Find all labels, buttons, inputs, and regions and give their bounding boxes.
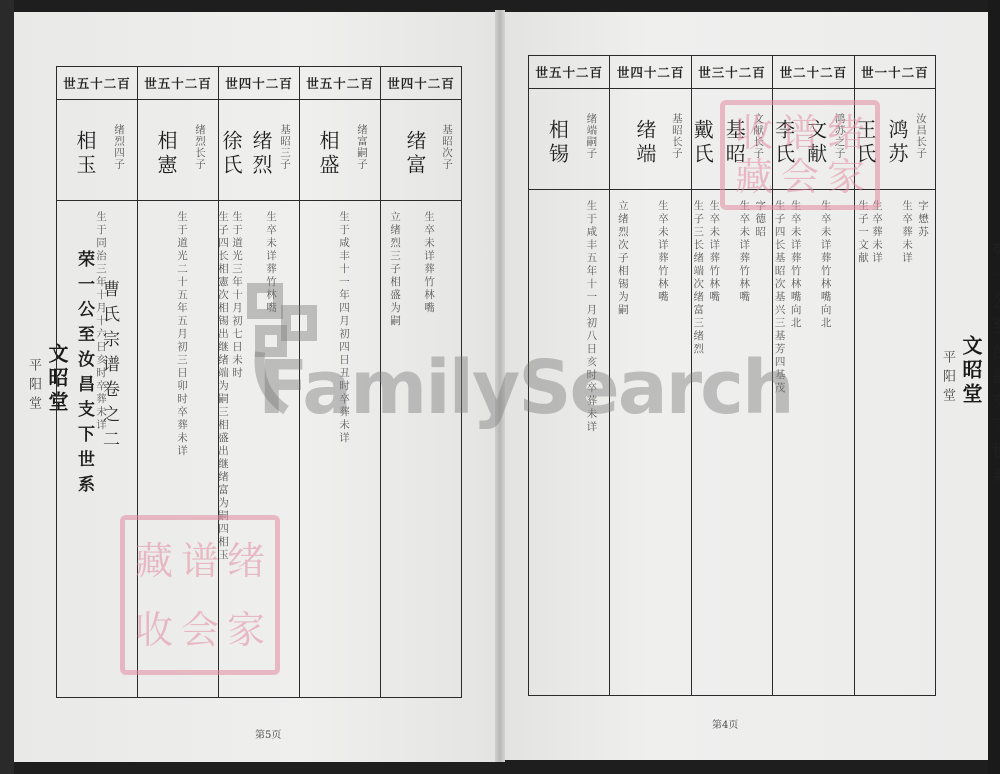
biography-note: 生于同治三年十月十六日亥时卒葬未详 xyxy=(94,211,107,432)
burial-note: 生卒未详葬竹林嘴 xyxy=(656,200,669,304)
spouse-name: 徐氏 xyxy=(219,130,243,178)
biography-note: 生于咸丰五年十一月初八日亥时卒葬未详 xyxy=(584,200,597,434)
person-column: 百二十二世 鸿苏之子 文献 李氏 生卒未详葬竹林嘴向北 生卒未详葬竹林嘴向北 生… xyxy=(772,56,853,695)
relation-label: 基昭次子 xyxy=(441,124,453,170)
relation-label: 基昭三子 xyxy=(279,124,291,170)
relation-label: 绪富嗣子 xyxy=(356,124,368,170)
spouse-name: 戴氏 xyxy=(690,119,714,167)
courtesy-name-note: 字懋苏 xyxy=(916,200,929,239)
person-name: 相锡 xyxy=(545,119,569,167)
book-gutter xyxy=(495,10,505,762)
person-column: 百二十一世 汝昌长子 鸿苏 王氏 字懋苏 生卒葬未详 生卒葬未详 生子一文献 xyxy=(854,56,935,695)
person-name: 相玉 xyxy=(73,130,97,178)
person-name: 鸿苏 xyxy=(885,119,909,167)
spouse-burial-note: 生卒未详葬竹林嘴 xyxy=(707,200,720,304)
genealogy-table-right: 百二十五世 绪端嗣子 相锡 生于咸丰五年十一月初八日亥时卒葬未详 百二十四世 基… xyxy=(528,55,936,696)
burial-note: 生卒未详葬竹林嘴 xyxy=(737,200,750,304)
person-name: 相盛 xyxy=(316,130,340,178)
generation-header: 百二十一世 xyxy=(855,56,935,89)
genealogy-table-left: 百二十五世 绪烈四子 相玉 生于同治三年十月十六日亥时卒葬未详 百二十五世 绪烈… xyxy=(56,66,462,698)
biography-note: 生于道光二十五年五月初三日卯时卒葬未详 xyxy=(175,211,188,458)
person-name: 绪端 xyxy=(633,119,657,167)
generation-header: 百二十五世 xyxy=(57,67,137,100)
relation-label: 绪烈长子 xyxy=(194,124,206,170)
person-column: 百二十四世 基昭长子 绪端 生卒未详葬竹林嘴 立绪烈次子相锡为嗣 xyxy=(609,56,690,695)
generation-header: 百二十五世 xyxy=(138,67,218,100)
generation-header: 百二十三世 xyxy=(692,56,772,89)
biography-note: 生于咸丰十一年四月初四日丑时卒葬未详 xyxy=(337,211,350,445)
courtesy-name-note: 字德昭 xyxy=(753,200,766,239)
burial-note: 生卒未详葬竹林嘴 xyxy=(422,211,435,315)
person-name: 基昭 xyxy=(722,119,746,167)
children-note: 生子一文献 xyxy=(856,200,869,265)
page-number-right: 第4页 xyxy=(712,716,738,731)
spouse-burial-note: 生卒葬未详 xyxy=(870,200,883,265)
person-column: 百二十五世 绪端嗣子 相锡 生于咸丰五年十一月初八日亥时卒葬未详 xyxy=(529,56,609,695)
spouse-name: 王氏 xyxy=(853,119,877,167)
generation-header: 百二十五世 xyxy=(300,67,380,100)
heir-note: 立绪烈次子相锡为嗣 xyxy=(616,200,629,317)
branch-title: 荣一公至汝昌支下世系 xyxy=(986,242,1000,492)
person-name: 绪富 xyxy=(403,130,427,178)
relation-label: 绪烈四子 xyxy=(113,124,125,170)
generation-header: 百二十二世 xyxy=(773,56,853,89)
hall-subtitle: 平阳堂 xyxy=(24,358,43,415)
scanner-background-left xyxy=(0,0,14,774)
birth-note: 生于道光三年十月初七日未时 xyxy=(230,211,243,380)
page-number-left: 第5页 xyxy=(255,726,281,741)
burial-note: 生卒未详葬竹林嘴 xyxy=(264,211,277,315)
children-note: 生子三长绪端次绪富三绪烈 xyxy=(691,200,704,356)
burial-note: 生卒未详葬竹林嘴向北 xyxy=(819,200,832,330)
hall-subtitle: 平阳堂 xyxy=(938,350,957,407)
relation-label: 文献长子 xyxy=(752,113,764,159)
relation-label: 绪端嗣子 xyxy=(585,113,597,159)
person-column: 百二十五世 绪烈四子 相玉 生于同治三年十月十六日亥时卒葬未详 xyxy=(57,67,137,697)
spouse-burial-note: 生卒未详葬竹林嘴向北 xyxy=(789,200,802,330)
right-margin-titles: 曹氏宗谱卷之二 荣一公至汝昌支下世系 文昭堂 平阳堂 xyxy=(938,58,1000,698)
person-name: 文献 xyxy=(804,119,828,167)
person-column: 百二十五世 绪烈长子 相憲 生于道光二十五年五月初三日卯时卒葬未详 xyxy=(137,67,218,697)
person-column: 百二十四世 基昭次子 绪富 生卒未详葬竹林嘴 立绪烈三子相盛为嗣 xyxy=(380,67,461,697)
generation-header: 百二十五世 xyxy=(529,56,609,89)
children-note: 生子四长相憲次相锡出继绪端为嗣三相盛出继绪富为嗣四相玉 xyxy=(216,211,229,562)
person-name: 相憲 xyxy=(154,130,178,178)
generation-header: 百二十四世 xyxy=(219,67,299,100)
relation-label: 基昭长子 xyxy=(671,113,683,159)
generation-header: 百二十四世 xyxy=(610,56,690,89)
burial-note: 生卒葬未详 xyxy=(900,200,913,265)
person-column: 百二十五世 绪富嗣子 相盛 生于咸丰十一年四月初四日丑时卒葬未详 xyxy=(299,67,380,697)
person-column: 百二十三世 文献长子 基昭 戴氏 字德昭 生卒未详葬竹林嘴 生卒未详葬竹林嘴 生… xyxy=(691,56,772,695)
relation-label: 汝昌长子 xyxy=(915,113,927,159)
person-name: 绪烈 xyxy=(249,130,273,178)
children-note: 生子四长基昭次基兴三基芳四基茂 xyxy=(773,200,786,395)
hall-name: 文昭堂 xyxy=(957,335,986,407)
heir-note: 立绪烈三子相盛为嗣 xyxy=(388,211,401,328)
spouse-name: 李氏 xyxy=(772,119,796,167)
generation-header: 百二十四世 xyxy=(381,67,461,100)
relation-label: 鸿苏之子 xyxy=(834,113,846,159)
person-column: 百二十四世 基昭三子 绪烈 徐氏 生卒未详葬竹林嘴 生于道光三年十月初七日未时 … xyxy=(218,67,299,697)
